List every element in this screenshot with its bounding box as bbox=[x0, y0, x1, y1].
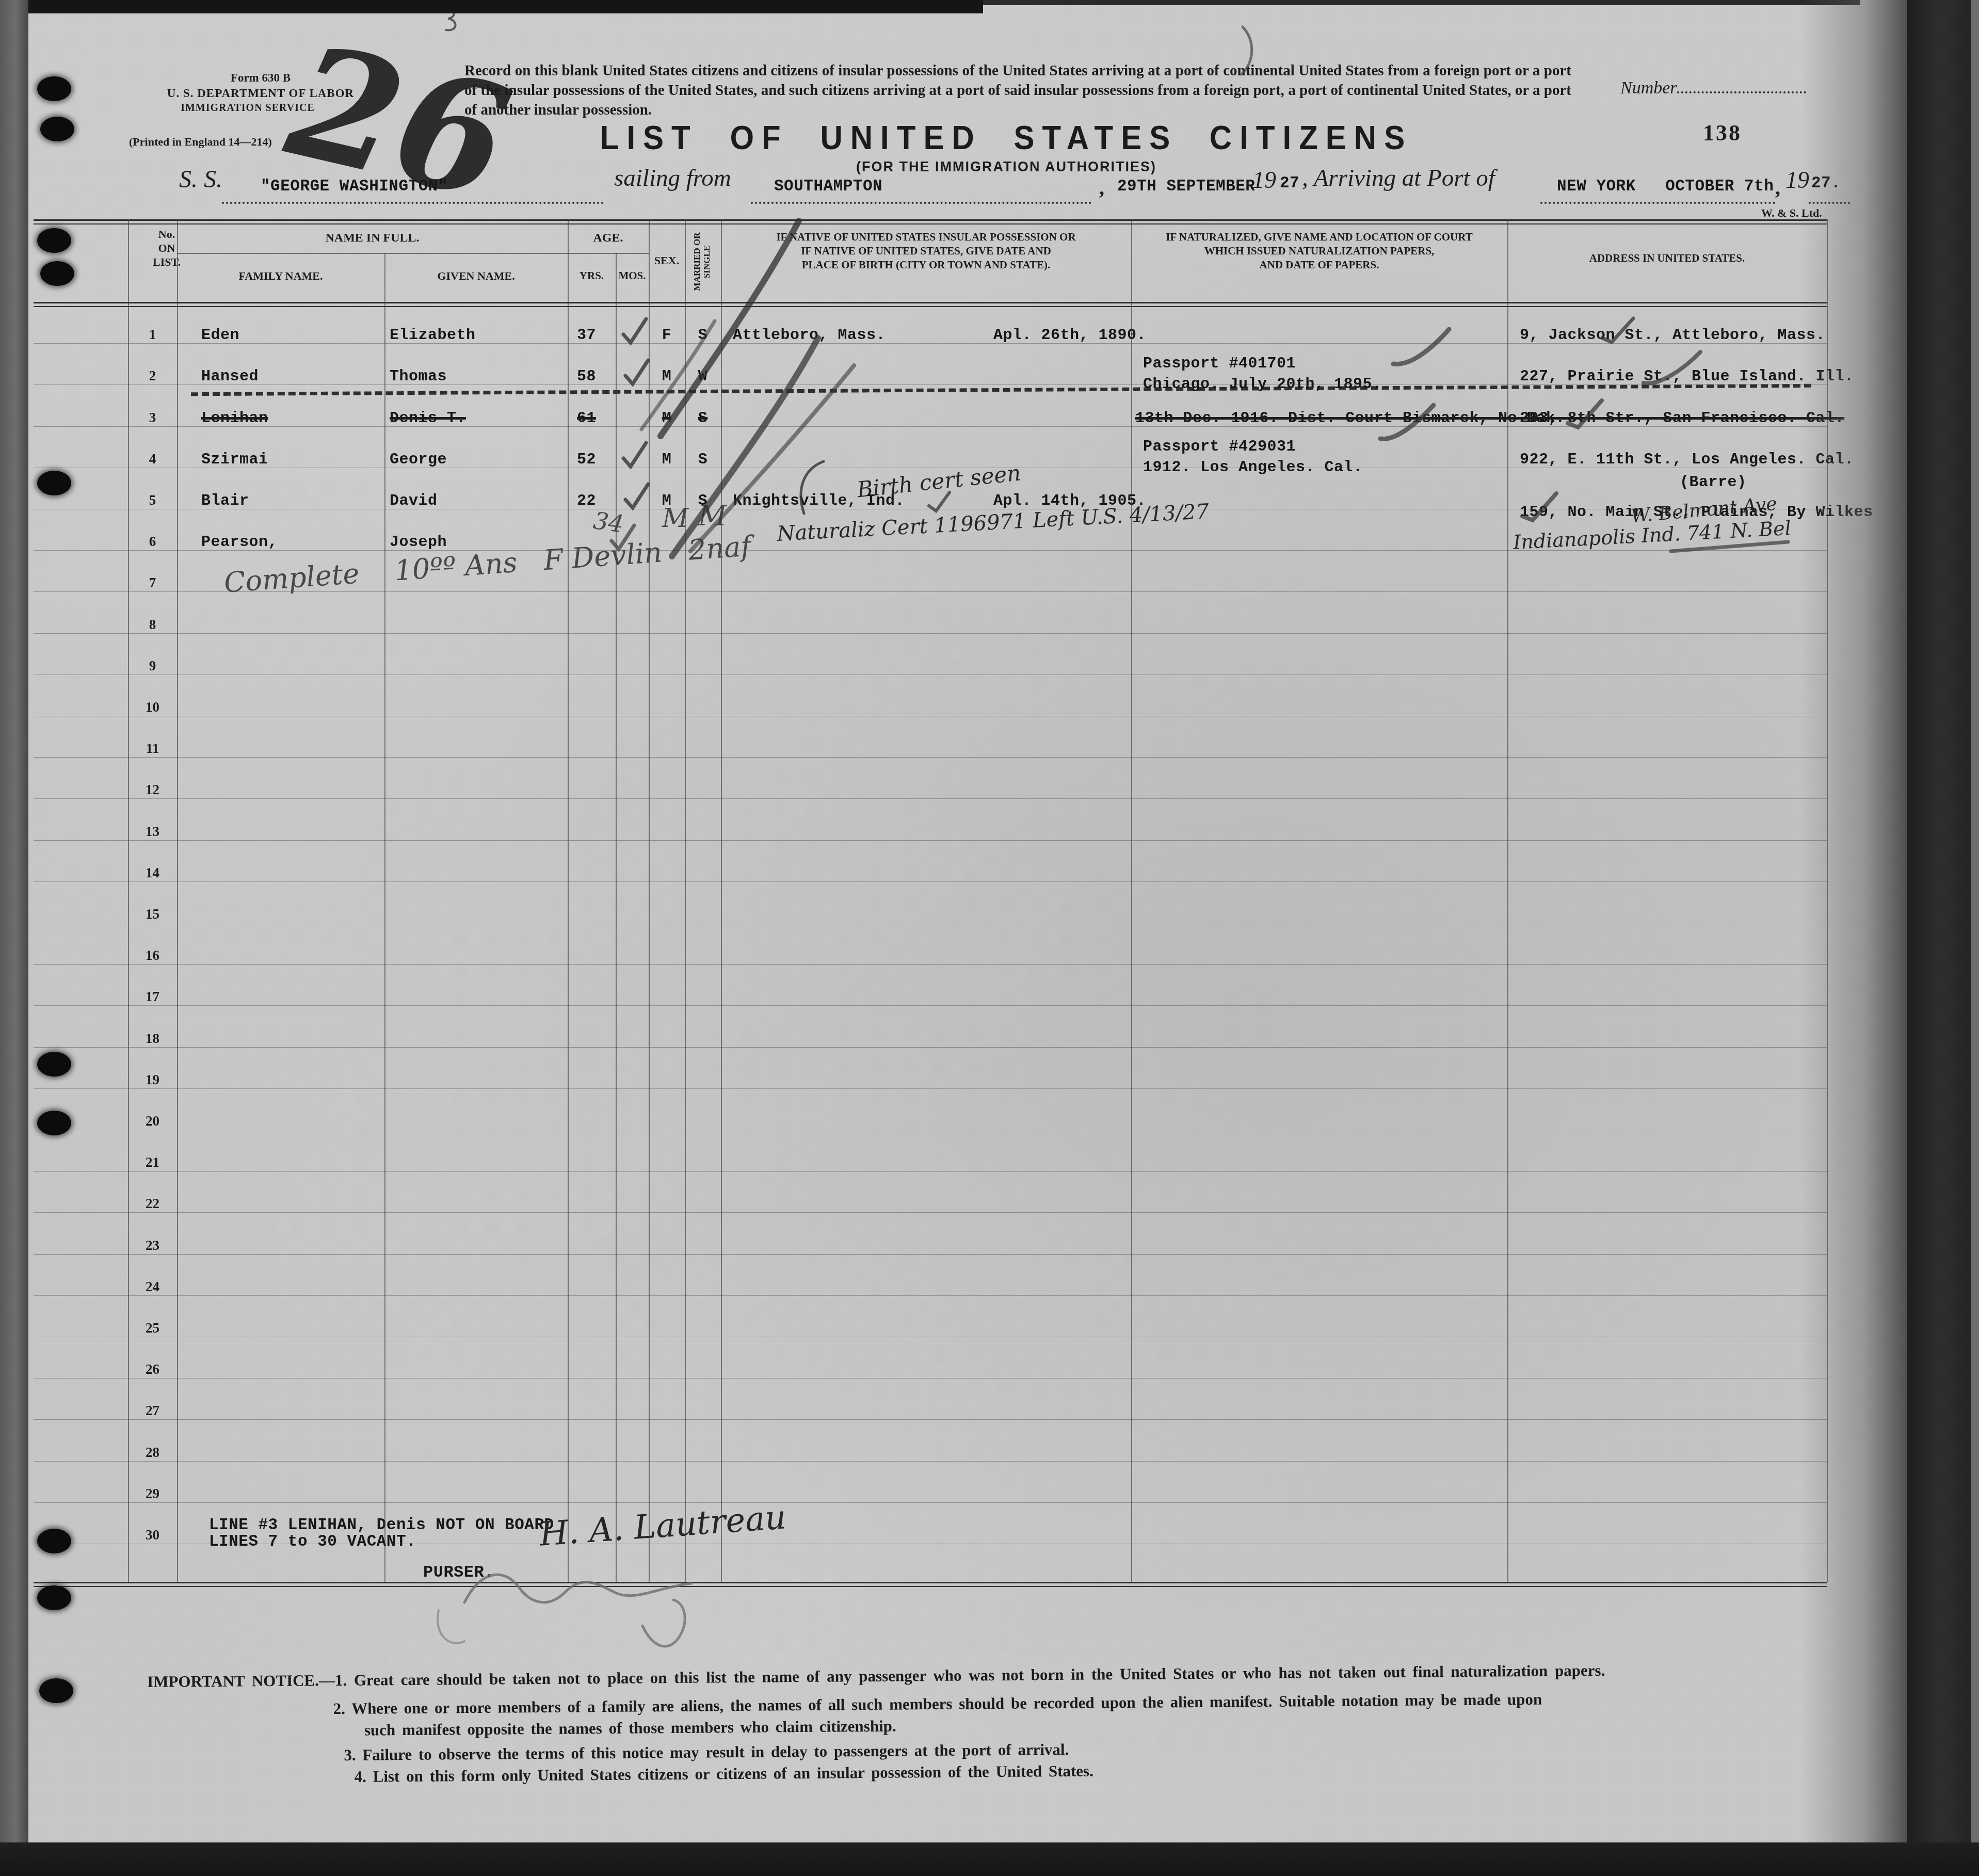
cell-family-row4: Szirmai bbox=[201, 451, 268, 469]
cell-address-row3: 293, 8th Str., San Francisco. Cal. bbox=[1520, 410, 1844, 427]
notice-item-3: 3. Failure to observe the terms of this … bbox=[344, 1740, 1069, 1765]
row-number-16: 16 bbox=[128, 948, 177, 964]
departure-port: SOUTHAMPTON bbox=[774, 178, 882, 196]
row-rule-17 bbox=[34, 1005, 1827, 1006]
cell-yrs-row3: 61 bbox=[577, 410, 596, 427]
col-header-address: ADDRESS IN UNITED STATES. bbox=[1507, 252, 1827, 265]
number-field: Number bbox=[1620, 78, 1806, 98]
row-rule-18 bbox=[34, 1047, 1827, 1048]
row-number-17: 17 bbox=[128, 989, 177, 1005]
comma-before-arrival-year: , bbox=[1775, 175, 1780, 200]
row-rule-28 bbox=[34, 1461, 1827, 1462]
row-rule-10 bbox=[34, 716, 1827, 716]
notice-item-4: 4. List on this form only United States … bbox=[355, 1762, 1093, 1786]
page-fold-shadow bbox=[1801, 0, 1914, 1842]
cell-birthdate-row5: Apl. 14th, 1905. bbox=[993, 492, 1146, 510]
scan-edge-left bbox=[0, 0, 28, 1876]
row-number-18: 18 bbox=[128, 1031, 177, 1047]
col-subheader-yrs: YRS. bbox=[568, 269, 616, 282]
col-rule-2 bbox=[568, 219, 569, 1582]
cell-married-row5: S bbox=[685, 492, 721, 510]
punch-hole-9 bbox=[37, 1585, 71, 1610]
col-rule-6 bbox=[721, 219, 722, 1582]
cell-sex-row3: M bbox=[649, 410, 685, 427]
ship-name-blank bbox=[222, 201, 604, 204]
number-label: Number bbox=[1620, 78, 1677, 98]
punch-hole-3 bbox=[37, 228, 71, 253]
row-number-20: 20 bbox=[128, 1113, 177, 1129]
row-number-19: 19 bbox=[128, 1072, 177, 1088]
scan-edge-right-torn bbox=[1907, 0, 1971, 1876]
scanned-manifest-page: Form 630 B U. S. DEPARTMENT OF LABOR IMM… bbox=[0, 0, 1979, 1876]
row-rule-25 bbox=[34, 1337, 1827, 1337]
row-number-29: 29 bbox=[128, 1486, 177, 1502]
page-title: LIST OF UNITED STATES CITIZENS bbox=[464, 118, 1548, 157]
row3-strikeout-dashes bbox=[191, 384, 1811, 396]
cell-married-row2: W bbox=[685, 368, 721, 386]
departure-year: 27 bbox=[1280, 174, 1299, 193]
cell-yrs-row1: 37 bbox=[577, 327, 596, 344]
arrival-port-and-date: NEW YORK OCTOBER 7th bbox=[1557, 178, 1774, 196]
row-number-11: 11 bbox=[128, 741, 177, 757]
col-header-sex: SEX. bbox=[649, 254, 685, 267]
punch-hole-2 bbox=[40, 117, 74, 141]
row-number-14: 14 bbox=[128, 865, 177, 881]
footer-note-line1: LINE #3 LENIHAN, Denis NOT ON BOARD bbox=[209, 1516, 554, 1534]
cell-yrs-row4: 52 bbox=[577, 451, 596, 469]
arriving-at-port-label: , Arriving at Port of bbox=[1302, 164, 1495, 192]
row-rule-7 bbox=[34, 591, 1827, 592]
departure-port-blank bbox=[751, 201, 1091, 204]
arrival-port-blank bbox=[1540, 201, 1775, 204]
name-age-subheader-rule bbox=[177, 253, 649, 254]
cell-birthplace-row1: Attleboro, Mass. bbox=[733, 327, 886, 344]
row-rule-29 bbox=[34, 1502, 1827, 1503]
cell-married-row3: S bbox=[685, 410, 721, 427]
cell-address-row1: 9, Jackson St., Attleboro, Mass. bbox=[1520, 327, 1825, 344]
row-rule-30 bbox=[34, 1544, 1827, 1544]
cell-naturalization2-row4: 1912. Los Angeles. Cal. bbox=[1143, 459, 1363, 476]
row-number-21: 21 bbox=[128, 1155, 177, 1171]
cell-birthdate-row1: Apl. 26th, 1890. bbox=[993, 327, 1146, 344]
purser-signature: H. A. Lautreau bbox=[538, 1498, 787, 1553]
notice-item-1: IMPORTANT NOTICE.—1. Great care should b… bbox=[147, 1659, 1845, 1691]
cell-family-row1: Eden bbox=[201, 327, 239, 344]
col-header-name: NAME IN FULL. bbox=[177, 231, 568, 245]
ss-label: S. S. bbox=[179, 165, 222, 194]
row-rule-16 bbox=[34, 964, 1827, 965]
row-number-22: 22 bbox=[128, 1196, 177, 1212]
punch-hole-4 bbox=[40, 261, 74, 286]
cell-given-row6: Joseph bbox=[390, 534, 447, 551]
cell-family-row6: Pearson, bbox=[201, 534, 278, 551]
punch-hole-6 bbox=[37, 1052, 71, 1077]
row-rule-15 bbox=[34, 923, 1827, 923]
col-header-birth: IF NATIVE OF UNITED STATES INSULAR POSSE… bbox=[721, 230, 1131, 272]
sailing-from-label: sailing from bbox=[614, 164, 731, 192]
cell-sex-row4: M bbox=[649, 451, 685, 469]
row-number-30: 30 bbox=[128, 1527, 177, 1543]
punch-hole-1 bbox=[37, 76, 71, 101]
cell-given-row2: Thomas bbox=[390, 368, 447, 386]
cell-sex-row2: M bbox=[649, 368, 685, 386]
col-rule-1 bbox=[384, 253, 385, 1582]
row-rule-19 bbox=[34, 1088, 1827, 1089]
scan-edge-right-sliver bbox=[1971, 0, 1979, 1876]
printed-year-19-departure: 19 bbox=[1252, 166, 1276, 194]
ship-name: "GEORGE WASHINGTON" bbox=[261, 178, 448, 196]
row-rule-8 bbox=[34, 633, 1827, 634]
cell-naturalization1-row3: 13th Dec. 1916. Dist. Court Bismarck, No… bbox=[1135, 410, 1565, 427]
punch-hole-5 bbox=[37, 471, 71, 495]
row-number-25: 25 bbox=[128, 1320, 177, 1336]
col-rule-7 bbox=[1131, 219, 1132, 1582]
row-number-2: 2 bbox=[128, 368, 177, 384]
row-number-23: 23 bbox=[128, 1238, 177, 1254]
punch-hole-8 bbox=[37, 1529, 71, 1553]
sheet-number: 138 bbox=[1703, 120, 1742, 146]
row-number-28: 28 bbox=[128, 1445, 177, 1461]
row-rule-9 bbox=[34, 675, 1827, 675]
comma-after-departure: , bbox=[1099, 175, 1104, 200]
col-subheader-mos: MOS. bbox=[616, 269, 649, 282]
important-notice: IMPORTANT NOTICE.—1. Great care should b… bbox=[147, 1659, 1845, 1673]
row-rule-27 bbox=[34, 1419, 1827, 1420]
cell-family-row2: Hansed bbox=[201, 368, 259, 386]
scan-edge-top bbox=[28, 0, 983, 13]
cell-address-note-row5: (Barre) bbox=[1680, 474, 1747, 491]
cell-yrs-row5: 22 bbox=[577, 492, 596, 510]
cell-naturalization1-row2: Passport #401701 bbox=[1143, 355, 1296, 373]
row-number-27: 27 bbox=[128, 1403, 177, 1419]
row-number-9: 9 bbox=[128, 658, 177, 674]
col-header-married-or-single: MARRIED OR SINGLE bbox=[685, 223, 721, 300]
row-number-3: 3 bbox=[128, 410, 177, 426]
table-bottom-rule bbox=[34, 1582, 1827, 1587]
row-rule-14 bbox=[34, 881, 1827, 882]
row-rule-13 bbox=[34, 840, 1827, 841]
cell-yrs-row2: 58 bbox=[577, 368, 596, 386]
row-number-12: 12 bbox=[128, 782, 177, 798]
cell-married-row1: S bbox=[685, 327, 721, 344]
row-rule-20 bbox=[34, 1130, 1827, 1130]
row6-age-handwritten: 34 bbox=[592, 506, 625, 538]
cell-married-row4: S bbox=[685, 451, 721, 469]
record-instruction-paragraph: Record on this blank United States citiz… bbox=[464, 61, 1571, 120]
row-number-4: 4 bbox=[128, 451, 177, 467]
col-rule-0 bbox=[177, 219, 178, 1582]
row-rule-24 bbox=[34, 1295, 1827, 1296]
punch-hole-10 bbox=[39, 1678, 73, 1703]
paper-sheet: Form 630 B U. S. DEPARTMENT OF LABOR IMM… bbox=[28, 0, 1914, 1842]
row-rule-12 bbox=[34, 798, 1827, 799]
cell-family-row3: Lenihan bbox=[201, 410, 268, 427]
row-rule-23 bbox=[34, 1254, 1827, 1255]
row-rule-6 bbox=[34, 550, 1827, 551]
row-number-5: 5 bbox=[128, 492, 177, 508]
printed-in-england-note: (Printed in England 14—214) bbox=[129, 135, 272, 149]
col-rule-3 bbox=[616, 253, 617, 1582]
row-rule-21 bbox=[34, 1171, 1827, 1172]
cell-sex-row1: F bbox=[649, 327, 685, 344]
row-number-6: 6 bbox=[128, 534, 177, 550]
row-number-7: 7 bbox=[128, 575, 177, 591]
row-number-13: 13 bbox=[128, 824, 177, 840]
row-number-1: 1 bbox=[128, 327, 177, 343]
number-blank bbox=[1677, 91, 1806, 93]
table-top-rule bbox=[34, 219, 1827, 225]
cell-given-row1: Elizabeth bbox=[390, 327, 476, 344]
scan-edge-bottom bbox=[0, 1842, 1979, 1876]
notice-item-2-continued: such manifest opposite the names of thos… bbox=[364, 1717, 896, 1740]
cell-naturalization2-row2: Chicago. July 20th, 1895. bbox=[1143, 376, 1382, 393]
purser-label: PURSER. bbox=[423, 1563, 494, 1582]
departure-date: 29TH SEPTEMBER bbox=[1117, 178, 1255, 196]
cell-naturalization1-row4: Passport #429031 bbox=[1143, 438, 1296, 456]
row-number-8: 8 bbox=[128, 617, 177, 633]
punch-hole-7 bbox=[37, 1111, 71, 1135]
row-number-24: 24 bbox=[128, 1279, 177, 1295]
col-subheader-family: FAMILY NAME. bbox=[177, 269, 384, 283]
col-header-naturalized: IF NATURALIZED, GIVE NAME AND LOCATION O… bbox=[1131, 230, 1507, 272]
cell-sex-row5: M bbox=[649, 492, 685, 510]
cell-family-row5: Blair bbox=[201, 492, 249, 510]
col-header-age: AGE. bbox=[568, 231, 649, 245]
table-header-bottom-rule bbox=[34, 302, 1827, 307]
col-subheader-given: GIVEN NAME. bbox=[384, 269, 568, 283]
complete-devlin-note: Complete 10ºº Ans F Devlin 2naf bbox=[223, 530, 752, 599]
notice-item-2: 2. Where one or more members of a family… bbox=[333, 1690, 1542, 1718]
row-rule-11 bbox=[34, 757, 1827, 758]
cell-given-row4: George bbox=[390, 451, 447, 469]
scan-edge-top-right bbox=[983, 0, 1860, 5]
row-rule-26 bbox=[34, 1378, 1827, 1378]
row-rule-22 bbox=[34, 1212, 1827, 1213]
row-number-15: 15 bbox=[128, 906, 177, 922]
cell-given-row5: David bbox=[390, 492, 438, 510]
row-number-10: 10 bbox=[128, 699, 177, 715]
cell-given-row3: Denis T. bbox=[390, 410, 466, 427]
row-number-26: 26 bbox=[128, 1361, 177, 1377]
cell-birthplace-row5: Knightsville, Ind. bbox=[733, 492, 905, 510]
